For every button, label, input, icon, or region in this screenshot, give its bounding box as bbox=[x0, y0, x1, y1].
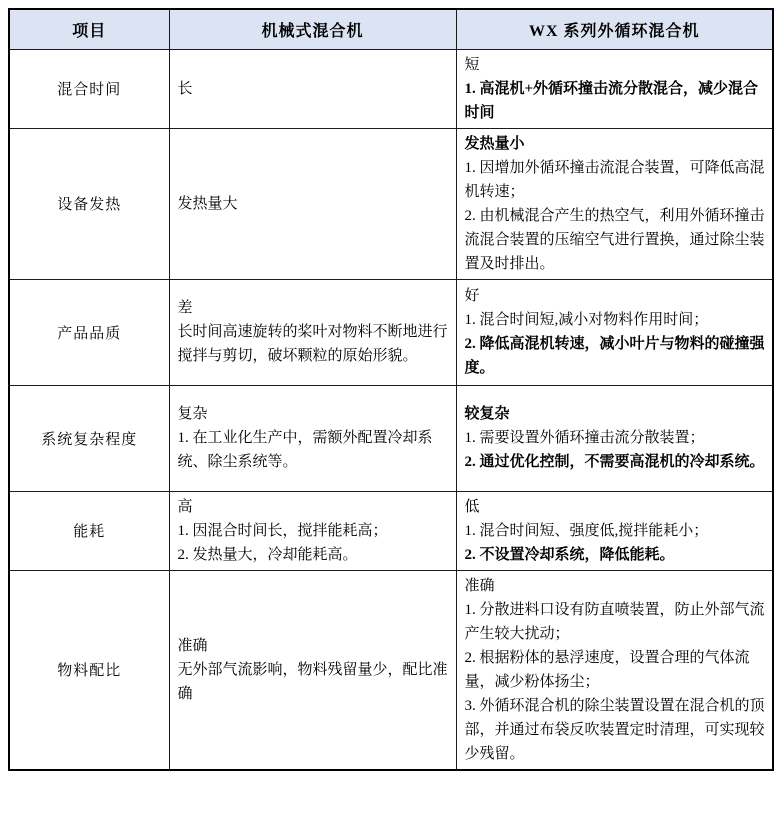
cell-mechanical: 发热量大 bbox=[169, 128, 456, 279]
cell-line: 1. 需要设置外循环撞击流分散装置； bbox=[465, 426, 767, 450]
cell-line: 1. 因混合时间长，搅拌能耗高； bbox=[178, 519, 450, 543]
table-row: 设备发热发热量大发热量小1. 因增加外循环撞击流混合装置，可降低高混机转速；2.… bbox=[9, 128, 773, 279]
cell-mechanical: 差长时间高速旋转的桨叶对物料不断地进行搅拌与剪切，破坏颗粒的原始形貌。 bbox=[169, 279, 456, 385]
cell-line: 1. 分散进料口设有防直喷装置，防止外部气流产生较大扰动； bbox=[465, 598, 767, 646]
cell-line: 2. 降低高混机转速，减小叶片与物料的碰撞强度。 bbox=[465, 332, 767, 380]
table-row: 产品品质差长时间高速旋转的桨叶对物料不断地进行搅拌与剪切，破坏颗粒的原始形貌。好… bbox=[9, 279, 773, 385]
cell-mechanical: 长 bbox=[169, 49, 456, 128]
table-row: 混合时间长短1. 高混机+外循环撞击流分散混合，减少混合时间 bbox=[9, 49, 773, 128]
cell-line: 2. 由机械混合产生的热空气，利用外循环撞击流混合装置的压缩空气进行置换，通过除… bbox=[465, 204, 767, 276]
cell-wx: 低1. 混合时间短、强度低,搅拌能耗小；2. 不设置冷却系统，降低能耗。 bbox=[456, 491, 773, 570]
cell-line: 长 bbox=[178, 77, 450, 101]
row-label: 物料配比 bbox=[9, 570, 169, 770]
cell-mechanical: 复杂1. 在工业化生产中，需额外配置冷却系统、除尘系统等。 bbox=[169, 385, 456, 491]
cell-line: 差 bbox=[178, 296, 450, 320]
cell-line: 2. 发热量大，冷却能耗高。 bbox=[178, 543, 450, 567]
cell-line: 高 bbox=[178, 495, 450, 519]
cell-line: 低 bbox=[465, 495, 767, 519]
header-mechanical-mixer: 机械式混合机 bbox=[169, 9, 456, 49]
cell-line: 1. 混合时间短,减小对物料作用时间； bbox=[465, 308, 767, 332]
header-item: 项目 bbox=[9, 9, 169, 49]
cell-line: 准确 bbox=[178, 634, 450, 658]
cell-line: 发热量大 bbox=[178, 192, 450, 216]
header-row: 项目 机械式混合机 WX 系列外循环混合机 bbox=[9, 9, 773, 49]
cell-line: 2. 通过优化控制，不需要高混机的冷却系统。 bbox=[465, 450, 767, 474]
comparison-table: 项目 机械式混合机 WX 系列外循环混合机 混合时间长短1. 高混机+外循环撞击… bbox=[8, 8, 774, 771]
cell-line: 1. 高混机+外循环撞击流分散混合，减少混合时间 bbox=[465, 77, 767, 125]
table-header: 项目 机械式混合机 WX 系列外循环混合机 bbox=[9, 9, 773, 49]
cell-mechanical: 高1. 因混合时间长，搅拌能耗高；2. 发热量大，冷却能耗高。 bbox=[169, 491, 456, 570]
cell-line: 1. 因增加外循环撞击流混合装置，可降低高混机转速； bbox=[465, 156, 767, 204]
cell-line: 2. 不设置冷却系统，降低能耗。 bbox=[465, 543, 767, 567]
cell-line: 无外部气流影响，物料残留量少，配比准确 bbox=[178, 658, 450, 706]
cell-line: 2. 根据粉体的悬浮速度，设置合理的气体流量，减少粉体扬尘； bbox=[465, 646, 767, 694]
row-label: 设备发热 bbox=[9, 128, 169, 279]
cell-line: 好 bbox=[465, 284, 767, 308]
cell-line: 发热量小 bbox=[465, 132, 767, 156]
table-row: 能耗高1. 因混合时间长，搅拌能耗高；2. 发热量大，冷却能耗高。低1. 混合时… bbox=[9, 491, 773, 570]
cell-wx: 短1. 高混机+外循环撞击流分散混合，减少混合时间 bbox=[456, 49, 773, 128]
cell-line: 长时间高速旋转的桨叶对物料不断地进行搅拌与剪切，破坏颗粒的原始形貌。 bbox=[178, 320, 450, 368]
cell-line: 复杂 bbox=[178, 402, 450, 426]
table-body: 混合时间长短1. 高混机+外循环撞击流分散混合，减少混合时间设备发热发热量大发热… bbox=[9, 49, 773, 770]
header-wx-series-mixer: WX 系列外循环混合机 bbox=[456, 9, 773, 49]
cell-line: 短 bbox=[465, 53, 767, 77]
row-label: 能耗 bbox=[9, 491, 169, 570]
cell-line: 1. 混合时间短、强度低,搅拌能耗小； bbox=[465, 519, 767, 543]
cell-mechanical: 准确无外部气流影响，物料残留量少，配比准确 bbox=[169, 570, 456, 770]
document-page: 项目 机械式混合机 WX 系列外循环混合机 混合时间长短1. 高混机+外循环撞击… bbox=[0, 0, 780, 771]
cell-line: 1. 在工业化生产中，需额外配置冷却系统、除尘系统等。 bbox=[178, 426, 450, 474]
row-label: 系统复杂程度 bbox=[9, 385, 169, 491]
cell-wx: 准确1. 分散进料口设有防直喷装置，防止外部气流产生较大扰动；2. 根据粉体的悬… bbox=[456, 570, 773, 770]
row-label: 混合时间 bbox=[9, 49, 169, 128]
row-label: 产品品质 bbox=[9, 279, 169, 385]
cell-line: 3. 外循环混合机的除尘装置设置在混合机的顶部，并通过布袋反吹装置定时清理，可实… bbox=[465, 694, 767, 766]
cell-wx: 发热量小1. 因增加外循环撞击流混合装置，可降低高混机转速；2. 由机械混合产生… bbox=[456, 128, 773, 279]
cell-wx: 好1. 混合时间短,减小对物料作用时间；2. 降低高混机转速，减小叶片与物料的碰… bbox=[456, 279, 773, 385]
cell-wx: 较复杂1. 需要设置外循环撞击流分散装置；2. 通过优化控制，不需要高混机的冷却… bbox=[456, 385, 773, 491]
table-row: 物料配比准确无外部气流影响，物料残留量少，配比准确准确1. 分散进料口设有防直喷… bbox=[9, 570, 773, 770]
cell-line: 准确 bbox=[465, 574, 767, 598]
table-row: 系统复杂程度复杂1. 在工业化生产中，需额外配置冷却系统、除尘系统等。较复杂1.… bbox=[9, 385, 773, 491]
cell-line: 较复杂 bbox=[465, 402, 767, 426]
